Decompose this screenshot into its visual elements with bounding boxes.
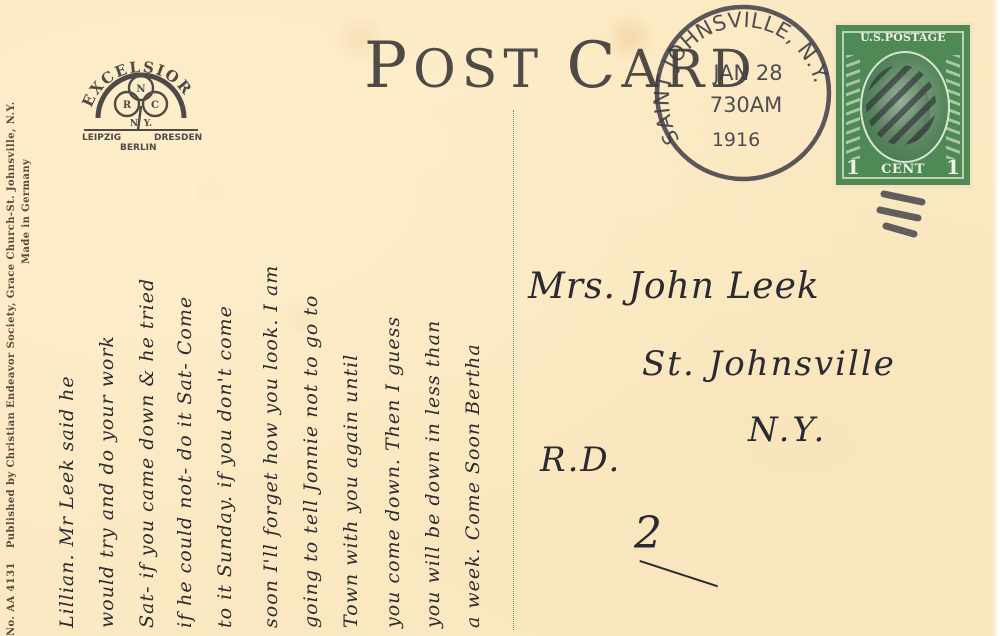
recipient-route-number: 2	[634, 508, 662, 559]
recipient-state: N.Y.	[748, 410, 827, 450]
recipient-route: R.D.	[540, 440, 621, 480]
recipient-name: Mrs. John Leek	[528, 266, 820, 307]
recipient-city: St. Johnsville	[642, 344, 896, 384]
route-underline	[639, 560, 718, 587]
postcard-back: No. AA 4131Published by Christian Endeav…	[0, 0, 1000, 636]
recipient-address: Mrs. John Leek St. Johnsville N.Y. R.D. …	[0, 0, 1000, 636]
